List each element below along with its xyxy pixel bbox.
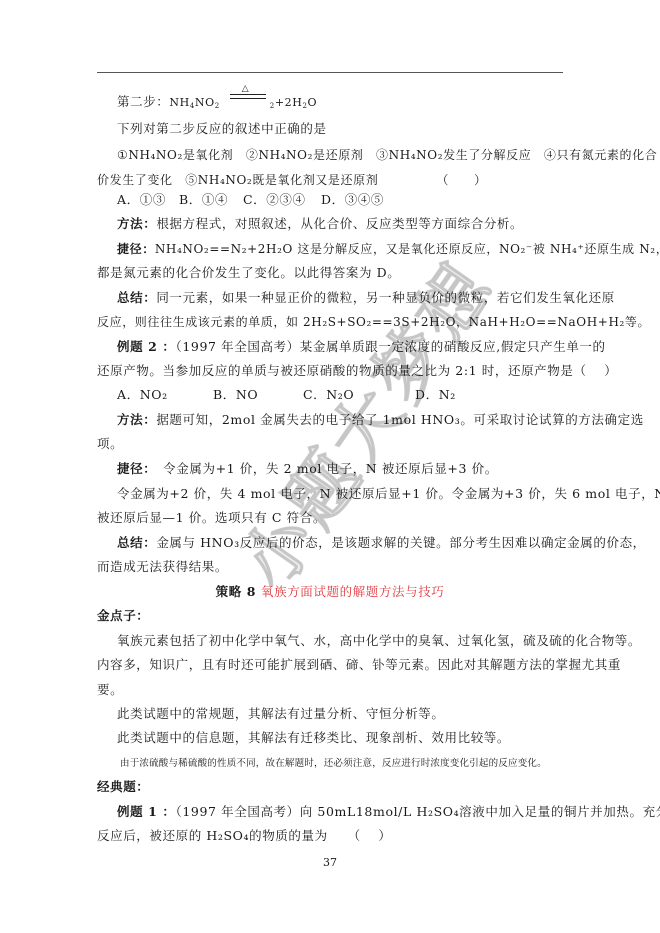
classic-questions-label: 经典题：: [97, 779, 567, 795]
summary-text: 金属与 HNO₃反应后的价态，是该题求解的关键。部分考生因难以确定金属的价态，: [156, 535, 645, 550]
shortcut-text: 令金属为+1 价，失 2 mol 电子，N 被还原后显+3 价。: [150, 461, 498, 476]
answer-blank: （ ）: [436, 173, 486, 187]
method2-line2: 项。: [97, 436, 567, 452]
shortcut2-line3: 被还原后显—1 价。选项只有 C 符合。: [97, 510, 567, 526]
q2-options: A．NO₂B．NOC．N₂OD．N₂: [117, 387, 587, 403]
method-label: 方法：: [117, 216, 156, 231]
page-number: 37: [0, 856, 660, 869]
q1-statements-text: 价发生了变化 ⑤NH₄NO₂既是氧化剂又是还原剂: [97, 173, 378, 187]
step2-label: 第二步：: [117, 94, 169, 109]
example2-line1: 例题 2 ：（1997 年全国高考）某金属单质跟一定浓度的硝酸反应,假定只产生单…: [117, 339, 587, 355]
q2-option-c: C．N₂O: [303, 387, 415, 403]
method1: 方法：根据方程式，对照叙述，从化合价、反应类型等方面综合分析。: [117, 216, 587, 232]
summary-label: 总结：: [117, 290, 156, 305]
q1-option-b: B．①④: [179, 192, 243, 208]
summary2-line2: 而造成无法获得结果。: [97, 559, 567, 575]
section-heading: 策略 8 氧族方面试题的解题方法与技巧: [0, 584, 660, 600]
gold-para1-line3: 要。: [97, 682, 567, 698]
shortcut2-line1: 捷径： 令金属为+1 价，失 2 mol 电子，N 被还原后显+3 价。: [117, 461, 587, 477]
summary1-line2: 反应，则往往生成该元素的单质，如 2H₂S+SO₂==3S+2H₂O，NaH+H…: [97, 314, 567, 330]
q1-statements-line2: 价发生了变化 ⑤NH₄NO₂既是氧化剂又是还原剂（ ）: [97, 172, 567, 188]
q1-option-c: C．②③④: [243, 192, 321, 208]
shortcut-label: 捷径：: [117, 461, 150, 476]
method-label: 方法：: [117, 412, 156, 427]
summary2-line1: 总结：金属与 HNO₃反应后的价态，是该题求解的关键。部分考生因难以确定金属的价…: [117, 535, 587, 551]
q1-stem: 下列对第二步反应的叙述中正确的是: [117, 121, 587, 137]
q1-option-d: D．③④⑤: [321, 192, 384, 208]
method2-line1: 方法：据题可知，2mol 金属失去的电子给了 1mol HNO₃。可采取讨论试算…: [117, 412, 587, 428]
method-text: 据题可知，2mol 金属失去的电子给了 1mol HNO₃。可采取讨论试算的方法…: [156, 412, 643, 427]
example2-line2: 还原产物。当参加反应的单质与被还原硝酸的物质的量之比为 2:1 时，还原产物是（…: [97, 363, 567, 379]
step2-equation: 第二步：NH4NO2△2+2H2O: [117, 92, 587, 111]
heating-equals-sign: △: [230, 92, 266, 102]
q2-option-a: A．NO₂: [117, 387, 213, 403]
section-title: 氧族方面试题的解题方法与技巧: [261, 584, 444, 599]
q2-option-b: B．NO: [213, 387, 303, 403]
example1-line2: 反应后，被还原的 H₂SO₄的物质的量为 （ ）: [97, 828, 567, 844]
gold-para1-line2: 内容多，知识广，且有时还可能扩展到硒、碲、钋等元素。因此对其解题方法的掌握尤其重: [97, 657, 567, 673]
summary1-line1: 总结：同一元素，如果一种显正价的微粒，另一种显负价的微粒，若它们发生氧化还原: [117, 290, 587, 306]
summary-label: 总结：: [117, 535, 156, 550]
gold-para1-line1: 氧族元素包括了初中化学中氧气、水，高中化学中的臭氧、过氧化氢，硫及硫的化合物等。: [117, 633, 587, 649]
shortcut1-line1: 捷径：NH₄NO₂==N₂+2H₂O 这是分解反应，又是氧化还原反应，NO₂⁻被…: [117, 241, 587, 257]
gold-para3: 此类试题中的信息题，其解法有迁移类比、现象剖析、效用比较等。: [117, 730, 587, 746]
shortcut2-line2: 令金属为+2 价，失 4 mol 电子，N 被还原后显+1 价。令金属为+3 价…: [117, 486, 587, 502]
step2-product: 2+2H2O: [270, 96, 317, 109]
shortcut-text: NH₄NO₂==N₂+2H₂O 这是分解反应，又是氧化还原反应，NO₂⁻被 NH…: [155, 242, 660, 256]
delta-icon: △: [242, 81, 250, 97]
shortcut1-line2: 都是氮元素的化合价发生了变化。以此得答案为 D。: [97, 265, 567, 281]
q1-statements-line1: ①NH₄NO₂是氧化剂 ②NH₄NO₂是还原剂 ③NH₄NO₂发生了分解反应 ④…: [117, 147, 587, 163]
q2-option-d: D．N₂: [415, 387, 456, 403]
gold-tips-label: 金点子：: [97, 608, 567, 624]
section-number: 策略 8: [216, 584, 261, 599]
example-label: 例题 2 ：: [117, 339, 176, 354]
document-page: 小题大梦想 第二步：NH4NO2△2+2H2O 下列对第二步反应的叙述中正确的是…: [0, 0, 660, 933]
q1-options: A．①③B．①④C．②③④D．③④⑤: [117, 192, 587, 208]
header-rule: [97, 72, 563, 73]
shortcut-label: 捷径：: [117, 242, 155, 256]
example1-line1: 例题 1 ：（1997 年全国高考）向 50mL18mol/L H₂SO₄溶液中…: [117, 804, 587, 820]
summary-text: 同一元素，如果一种显正价的微粒，另一种显负价的微粒，若它们发生氧化还原: [156, 290, 615, 305]
example-text: （1997 年全国高考）某金属单质跟一定浓度的硝酸反应,假定只产生单一的: [176, 339, 606, 354]
gold-para2: 此类试题中的常规题，其解法有过量分析、守恒分析等。: [117, 706, 587, 722]
gold-note: 由于浓硫酸与稀硫酸的性质不同，故在解题时，还必须注意，反应进行时浓度变化引起的反…: [120, 756, 590, 772]
q1-option-a: A．①③: [117, 192, 179, 208]
example-text: （1997 年全国高考）向 50mL18mol/L H₂SO₄溶液中加入足量的铜…: [176, 804, 660, 819]
example-label: 例题 1 ：: [117, 804, 176, 819]
step2-reactant: NH4NO2: [169, 96, 219, 109]
method-text: 根据方程式，对照叙述，从化合价、反应类型等方面综合分析。: [156, 216, 523, 231]
